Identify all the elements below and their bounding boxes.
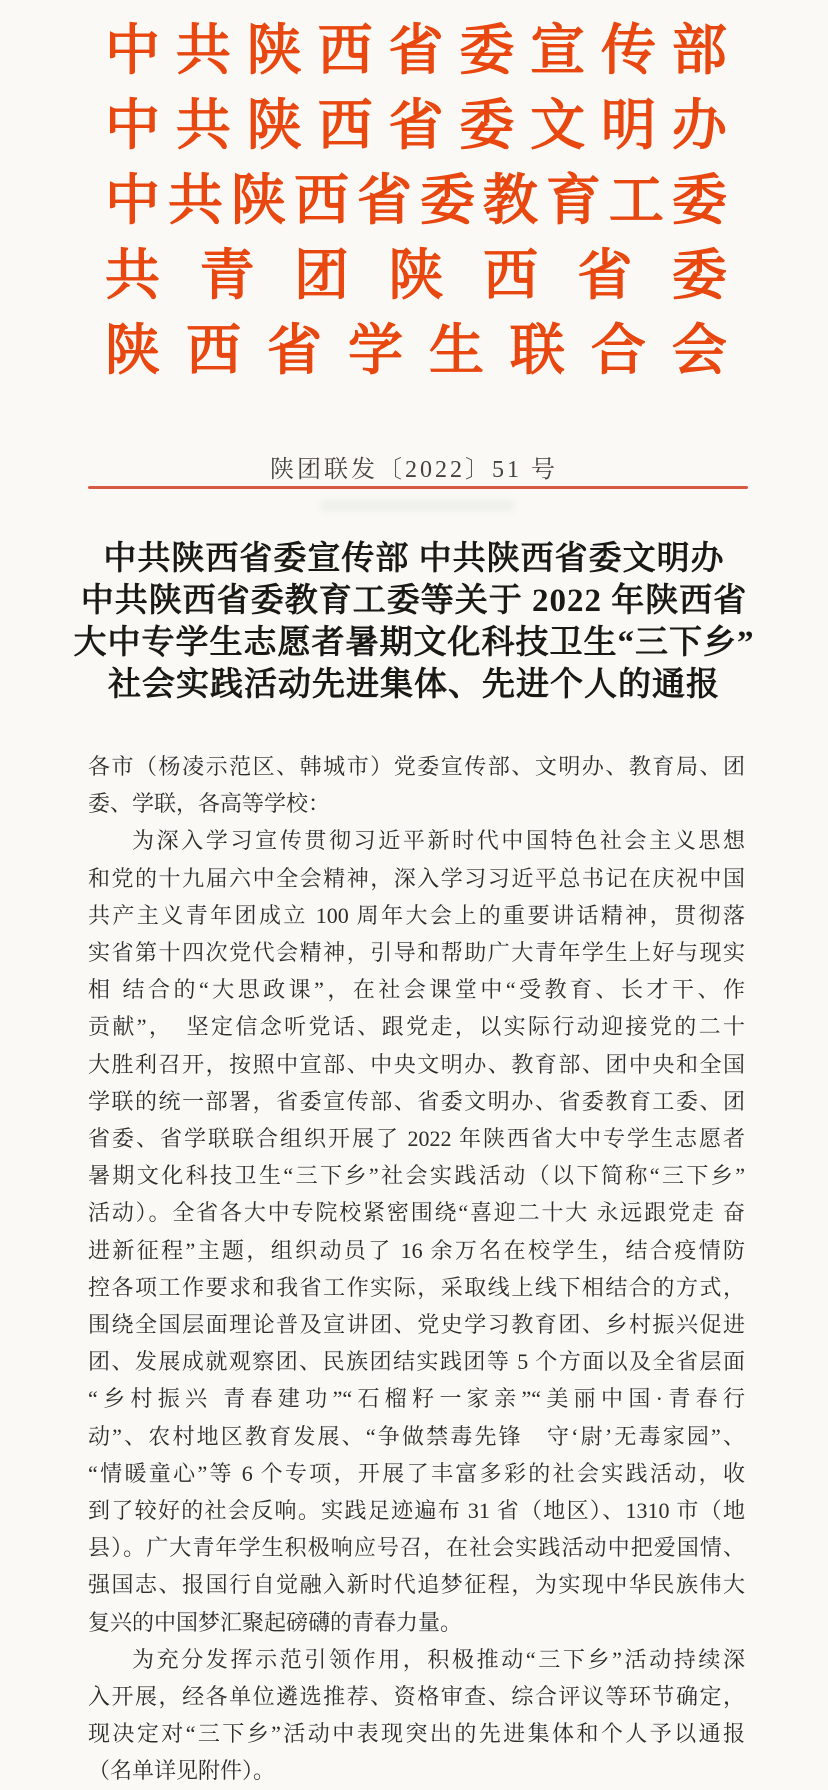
body-line: 进新征程”主题，组织动员了 16 余万名在校学生，结合疫情防 — [88, 1232, 745, 1269]
letterhead-line: 中共陕西省委文明办 — [105, 83, 727, 158]
letterhead-line: 陕西省学生联合会 — [105, 308, 727, 383]
body-line: 团、发展成就观察团、民族团结实践团等 5 个方面以及全省层面 — [88, 1343, 745, 1380]
body-line: 相 结合的“大思政课”，在社会课堂中“受教育、长才干、作 — [88, 971, 745, 1008]
body-line: “乡村振兴 青春建功”“石榴籽一家亲”“美丽中国·青春行 — [88, 1380, 745, 1417]
body-line: 围绕全国层面理论普及宣讲团、党史学习教育团、乡村振兴促进 — [88, 1306, 745, 1343]
document-title: 中共陕西省委宣传部 中共陕西省委文明办中共陕西省委教育工委等关于 2022 年陕… — [44, 538, 784, 706]
body-line: 学联的统一部署，省委宣传部、省委文明办、省委教育工委、团 — [88, 1083, 745, 1120]
document-title-line: 社会实践活动先进集体、先进个人的通报 — [44, 664, 784, 706]
body-line: 和党的十九届六中全会精神，深入学习习近平总书记在庆祝中国 — [88, 860, 745, 897]
body-paragraph-1: 为深入学习宣传贯彻习近平新时代中国特色社会主义思想和党的十九届六中全会精神，深入… — [88, 822, 745, 1640]
document-number: 陕团联发〔2022〕51 号 — [0, 449, 828, 484]
body-line: 活动）。全省各大中专院校紧密围绕“喜迎二十大 永远跟党走 奋 — [88, 1194, 745, 1231]
body-line: 到了较好的社会反响。实践足迹遍布 31 省（地区）、1310 市（地 — [88, 1492, 745, 1529]
letterhead-line: 共青团陕西省委 — [105, 233, 727, 308]
body-paragraph-2: 为充分发挥示范引领作用，积极推动“三下乡”活动持续深入开展，经各单位遴选推荐、资… — [88, 1641, 745, 1790]
body-line: 复兴的中国梦汇聚起磅礴的青春力量。 — [88, 1604, 745, 1641]
document-page: 中共陕西省委宣传部中共陕西省委文明办中共陕西省委教育工委共青团陕西省委陕西省学生… — [0, 0, 828, 1790]
letterhead-line: 中共陕西省委教育工委 — [105, 158, 727, 233]
body-line: 入开展，经各单位遴选推荐、资格审查、综合评议等环节确定， — [88, 1678, 745, 1715]
document-title-line: 大中专学生志愿者暑期文化科技卫生“三下乡” — [44, 622, 784, 664]
body-line: 贡献”， 坚定信念听党话、跟党走，以实际行动迎接党的二十 — [88, 1008, 745, 1045]
scan-smudge-artifact — [320, 499, 515, 512]
body-line: “情暖童心”等 6 个专项，开展了丰富多彩的社会实践活动，收 — [88, 1455, 745, 1492]
body-line: 现决定对“三下乡”活动中表现突出的先进集体和个人予以通报 — [88, 1715, 745, 1752]
body-line: 实省第十四次党代会精神，引导和帮助广大青年学生上好与现实 — [88, 934, 745, 971]
body-line: 控各项工作要求和我省工作实际，采取线上线下相结合的方式， — [88, 1269, 745, 1306]
body-line: （名单详见附件）。 — [88, 1752, 745, 1789]
body-line: 动”、农村地区教育发展、“争做禁毒先锋 守‘尉’无毒家园”、 — [88, 1418, 745, 1455]
letterhead-authorities: 中共陕西省委宣传部中共陕西省委文明办中共陕西省委教育工委共青团陕西省委陕西省学生… — [105, 8, 727, 383]
red-divider-line — [88, 486, 748, 489]
letterhead-line: 中共陕西省委宣传部 — [105, 8, 727, 83]
document-title-line: 中共陕西省委宣传部 中共陕西省委文明办 — [44, 538, 784, 580]
body-line: 暑期文化科技卫生“三下乡”社会实践活动（以下简称“三下乡” — [88, 1157, 745, 1194]
document-title-line: 中共陕西省委教育工委等关于 2022 年陕西省 — [44, 580, 784, 622]
body-line: 共产主义青年团成立 100 周年大会上的重要讲话精神，贯彻落 — [88, 897, 745, 934]
document-body: 各市（杨凌示范区、韩城市）党委宣传部、文明办、教育局、团委、学联，各高等学校： … — [88, 748, 745, 1790]
salutation-line: 委、学联，各高等学校： — [88, 785, 745, 822]
body-line: 县）。广大青年学生积极响应号召，在社会实践活动中把爱国情、 — [88, 1529, 745, 1566]
body-line: 省委、省学联联合组织开展了 2022 年陕西省大中专学生志愿者 — [88, 1120, 745, 1157]
body-line: 强国志、报国行自觉融入新时代追梦征程，为实现中华民族伟大 — [88, 1566, 745, 1603]
salutation-paragraph: 各市（杨凌示范区、韩城市）党委宣传部、文明办、教育局、团委、学联，各高等学校： — [88, 748, 745, 822]
body-line: 为充分发挥示范引领作用，积极推动“三下乡”活动持续深 — [88, 1641, 745, 1678]
body-line: 为深入学习宣传贯彻习近平新时代中国特色社会主义思想 — [88, 822, 745, 859]
body-line: 大胜利召开，按照中宣部、中央文明办、教育部、团中央和全国 — [88, 1046, 745, 1083]
salutation-line: 各市（杨凌示范区、韩城市）党委宣传部、文明办、教育局、团 — [88, 748, 745, 785]
